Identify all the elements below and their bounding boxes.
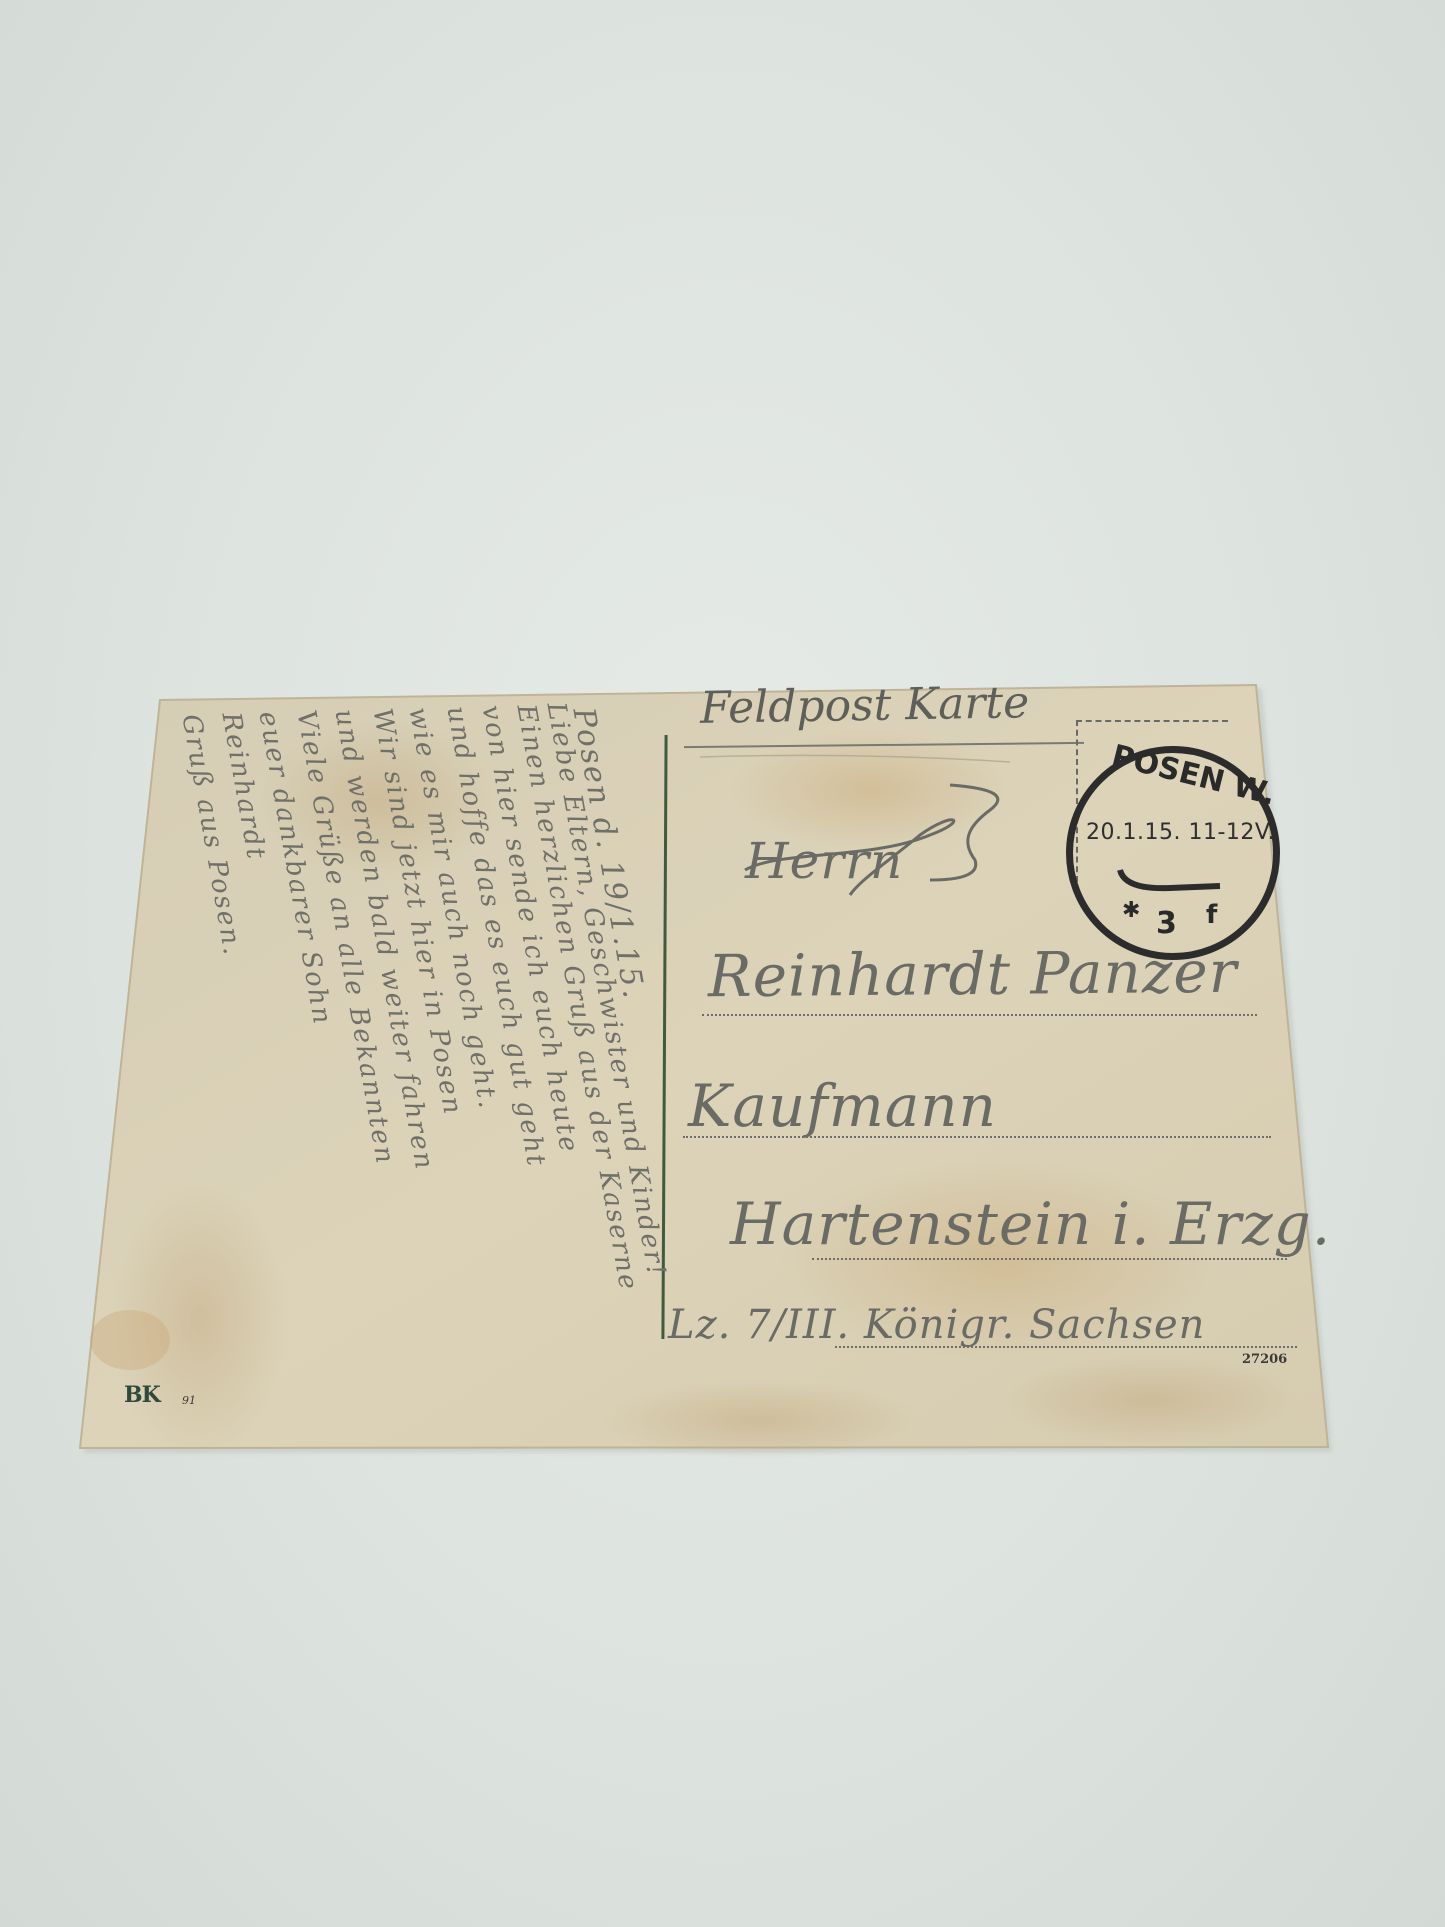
address-line-3 xyxy=(812,1258,1287,1260)
postmark-date: 20.1.15. 11-12V. xyxy=(1086,820,1275,845)
serial-number: 27206 xyxy=(1242,1352,1287,1367)
address-line-2 xyxy=(683,1136,1271,1138)
postmark-arc xyxy=(1115,860,1225,900)
address-line-4 xyxy=(835,1346,1297,1348)
address-line-1 xyxy=(702,1014,1257,1016)
salutation-flourish xyxy=(740,780,1020,900)
postcard: Feldpost Karte Herrn Reinhardt Panzer Ka… xyxy=(0,0,1445,1927)
postmark-star-icon: ✱ xyxy=(1122,898,1140,923)
postmark-suffix: f xyxy=(1206,900,1217,930)
publisher-number: 91 xyxy=(182,1394,196,1407)
publisher-logo: BK xyxy=(124,1382,160,1408)
feldpost-header-label: Feldpost Karte xyxy=(700,677,1030,734)
sender-line: Lz. 7/III. Königr. Sachsen xyxy=(668,1302,1205,1348)
postmark-office-number: 3 xyxy=(1156,906,1177,941)
address-town: Hartenstein i. Erzg. xyxy=(730,1190,1331,1258)
address-occupation: Kaufmann xyxy=(688,1072,997,1140)
